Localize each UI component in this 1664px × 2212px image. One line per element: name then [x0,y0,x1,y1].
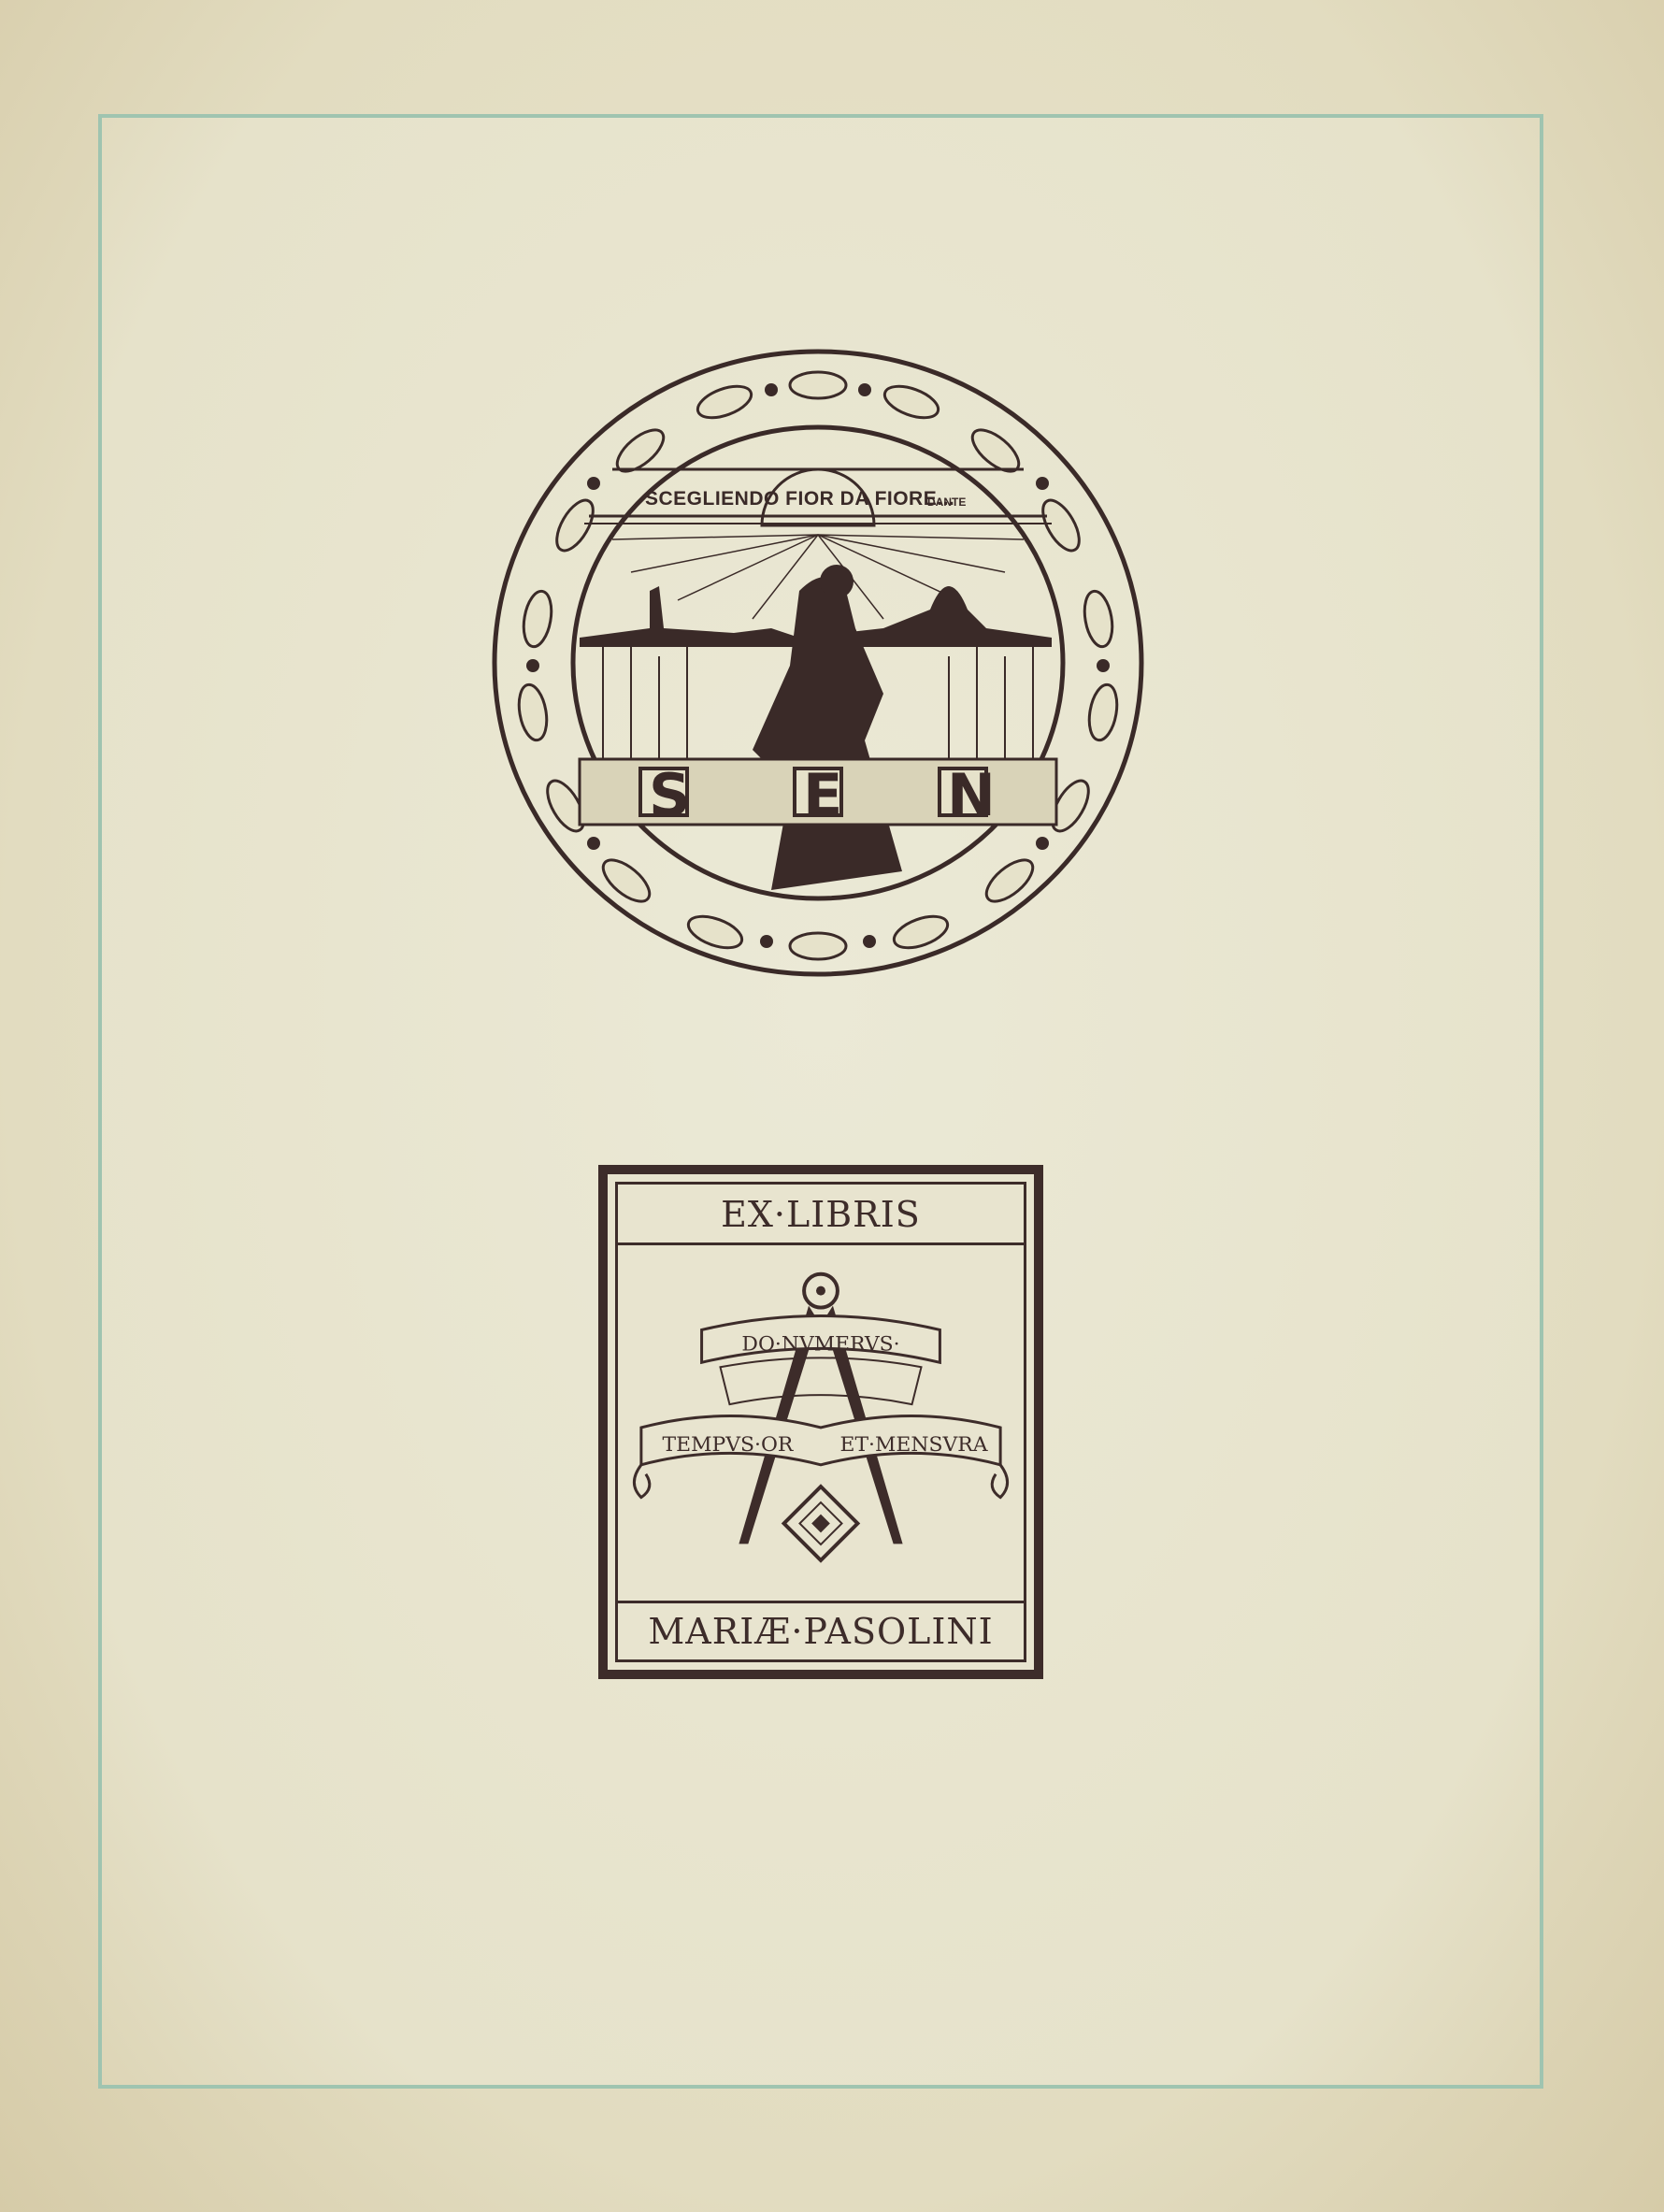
initial-e: E [803,767,842,825]
initial-s: S [649,767,691,825]
compass-emblem: DO·NVMERVS· TEMPVS·OR ET·MENSVRA [618,1244,1024,1602]
exlibris-inner-frame: EX·LIBRIS DO·NVMERVS· TEMPVS·OR ET·MEN [615,1182,1026,1662]
scroll-top-text: DO·NVMERVS· [741,1332,899,1356]
exlibris-footer: MARIÆ·PASOLINI [618,1601,1024,1659]
motto-text: SCEGLIENDO FIOR DA FIORE... [645,488,954,510]
scroll-right-text: ET·MENSVRA [840,1433,989,1457]
motto-author: DANTE [927,496,966,509]
scroll-left-text: TEMPVS·OR [663,1433,794,1457]
initial-n: N [947,767,996,825]
compass-icon: DO·NVMERVS· TEMPVS·OR ET·MENSVRA [618,1244,1024,1602]
exlibris-bookplate: EX·LIBRIS DO·NVMERVS· TEMPVS·OR ET·MEN [598,1165,1043,1679]
medallion-bookplate [491,348,1145,978]
exlibris-header: EX·LIBRIS [618,1186,1024,1245]
laurel-wreath-icon [491,348,1145,978]
